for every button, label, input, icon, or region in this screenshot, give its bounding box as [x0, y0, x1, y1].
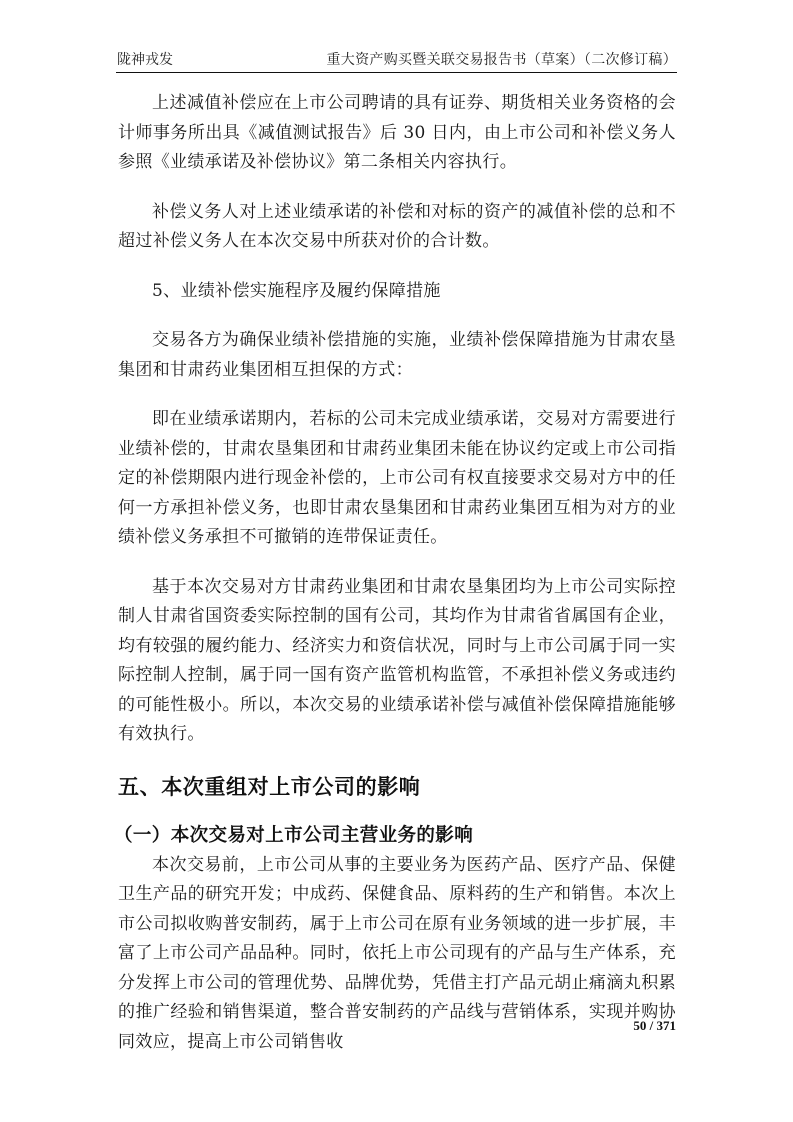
page-content: 上述减值补偿应在上市公司聘请的具有证券、期货相关业务资格的会计师事务所出具《减值…	[118, 89, 676, 1077]
paragraph-impairment-compensation: 上述减值补偿应在上市公司聘请的具有证券、期货相关业务资格的会计师事务所出具《减值…	[118, 89, 676, 178]
paragraph-guarantee-rationale: 基于本次交易对方甘肃药业集团和甘肃农垦集团均为上市公司实际控制人甘肃省国资委实际…	[118, 573, 676, 750]
paragraph-guarantee-detail: 即在业绩承诺期内，若标的公司未完成业绩承诺，交易对方需要进行业绩补偿的，甘肃农垦…	[118, 405, 676, 553]
page-number: 50 / 371	[580, 1018, 676, 1034]
header-company-name: 陇神戎发	[117, 50, 173, 70]
header-document-title: 重大资产购买暨关联交易报告书（草案）（二次修订稿）	[327, 50, 678, 70]
list-item-compensation-procedure: 5、业绩补偿实施程序及履约保障措施	[118, 277, 676, 307]
section-heading: 五、本次重组对上市公司的影响	[118, 772, 676, 802]
paragraph-guarantee-method: 交易各方为确保业绩补偿措施的实施，业绩补偿保障措施为甘肃农垦集团和甘肃药业集团相…	[118, 326, 676, 385]
subsection-heading: （一）本次交易对上市公司主营业务的影响	[114, 821, 676, 851]
page-header: 陇神戎发 重大资产购买暨关联交易报告书（草案）（二次修订稿）	[116, 50, 677, 73]
paragraph-compensation-cap: 补偿义务人对上述业绩承诺的补偿和对标的资产的减值补偿的总和不超过补偿义务人在本次…	[118, 198, 676, 257]
